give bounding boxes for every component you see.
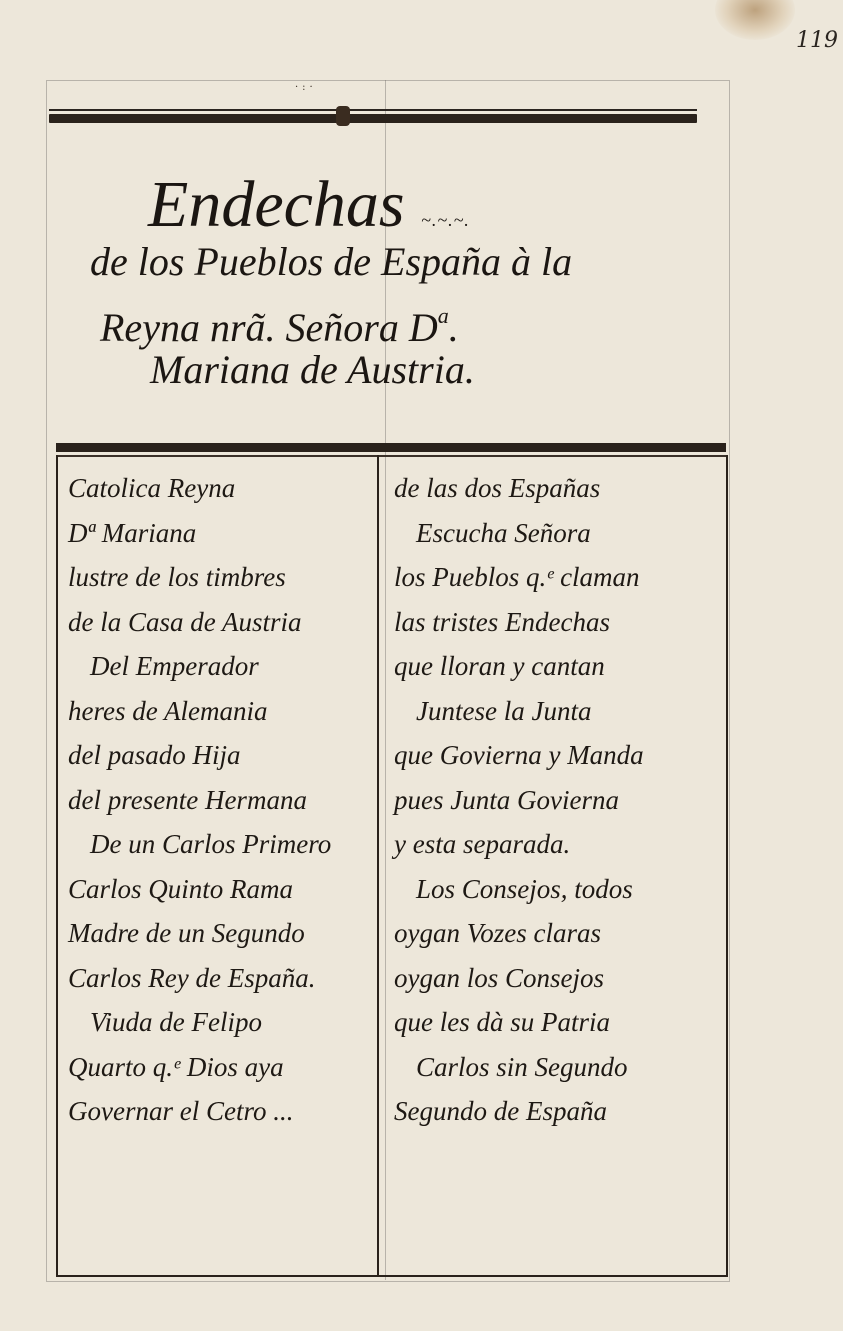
title-flourish: ~.~.~.: [421, 210, 470, 230]
verse-line: del pasado Hija: [68, 733, 373, 778]
subtitle-line-3: Mariana de Austria.: [150, 348, 475, 392]
table-top-rule-thick: [56, 443, 726, 452]
verse-line: que Govierna y Manda: [394, 733, 724, 778]
top-rule-thin: [49, 109, 697, 111]
verse-line: Dª Mariana: [68, 511, 373, 556]
verse-line: de la Casa de Austria: [68, 600, 373, 645]
verse-line: y esta separada.: [394, 822, 724, 867]
verse-line: que lloran y cantan: [394, 644, 724, 689]
verse-line: Governar el Cetro ...: [68, 1089, 373, 1134]
verse-line: De un Carlos Primero: [68, 822, 373, 867]
subtitle-line-2: Reyna nrã. Señora Da.: [100, 294, 459, 350]
verse-column-right: de las dos EspañasEscucha Señoralos Pueb…: [394, 466, 724, 1134]
title-main-text: Endechas: [148, 168, 405, 241]
column-divider: [377, 455, 379, 1275]
verse-line: Los Consejos, todos: [394, 867, 724, 912]
superscript-a: a: [438, 303, 449, 328]
verse-line: Catolica Reyna: [68, 466, 373, 511]
verse-line: Carlos Quinto Rama: [68, 867, 373, 912]
verse-line: lustre de los timbres: [68, 555, 373, 600]
verse-line: de las dos Españas: [394, 466, 724, 511]
subtitle-line-2-end: .: [449, 305, 459, 350]
verse-line: oygan Vozes claras: [394, 911, 724, 956]
verse-line: Escucha Señora: [394, 511, 724, 556]
verse-line: pues Junta Govierna: [394, 778, 724, 823]
verse-column-left: Catolica ReynaDª Marianalustre de los ti…: [68, 466, 373, 1134]
verse-line: los Pueblos q.ᵉ claman: [394, 555, 724, 600]
ink-stain: [715, 0, 795, 40]
verse-line: del presente Hermana: [68, 778, 373, 823]
verse-line: Viuda de Felipo: [68, 1000, 373, 1045]
ink-dots: ·:·: [295, 82, 317, 93]
verse-line: Carlos Rey de España.: [68, 956, 373, 1001]
verse-line: oygan los Consejos: [394, 956, 724, 1001]
verse-line: Segundo de España: [394, 1089, 724, 1134]
verse-line: Del Emperador: [68, 644, 373, 689]
rule-ornament: [336, 106, 350, 126]
subtitle-line-1: de los Pueblos de España à la: [90, 240, 572, 284]
verse-line: Madre de un Segundo: [68, 911, 373, 956]
verse-line: Carlos sin Segundo: [394, 1045, 724, 1090]
verse-line: Quarto q.ᵉ Dios aya: [68, 1045, 373, 1090]
verse-line: las tristes Endechas: [394, 600, 724, 645]
verse-line: heres de Alemania: [68, 689, 373, 734]
verse-line: Juntese la Junta: [394, 689, 724, 734]
subtitle-line-2-text: Reyna nrã. Señora D: [100, 305, 438, 350]
folio-number: 119: [796, 28, 838, 53]
verse-line: que les dà su Patria: [394, 1000, 724, 1045]
top-rule-thick: [49, 114, 697, 123]
